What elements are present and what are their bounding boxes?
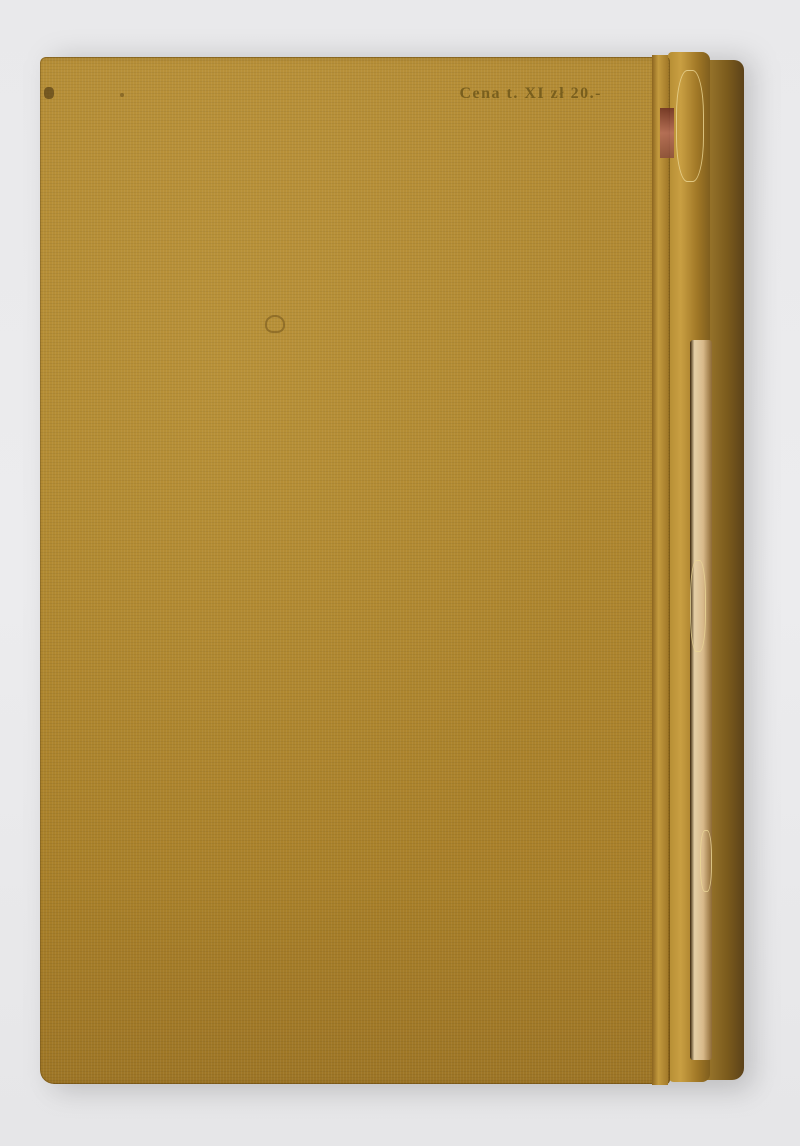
cover-stain (265, 315, 285, 333)
wear-mark (44, 87, 54, 99)
frayed-thread (690, 560, 706, 652)
frayed-thread (676, 70, 704, 182)
frayed-thread (700, 830, 712, 892)
page-edges (690, 340, 712, 1060)
exposed-headband (660, 108, 674, 158)
back-cover: Cena t. XI zł 20.- (40, 57, 670, 1084)
cover-hinge (652, 55, 668, 1085)
book: Cena t. XI zł 20.- (0, 0, 800, 1146)
price-stamp: Cena t. XI zł 20.- (459, 85, 602, 103)
wear-dot (120, 93, 124, 97)
